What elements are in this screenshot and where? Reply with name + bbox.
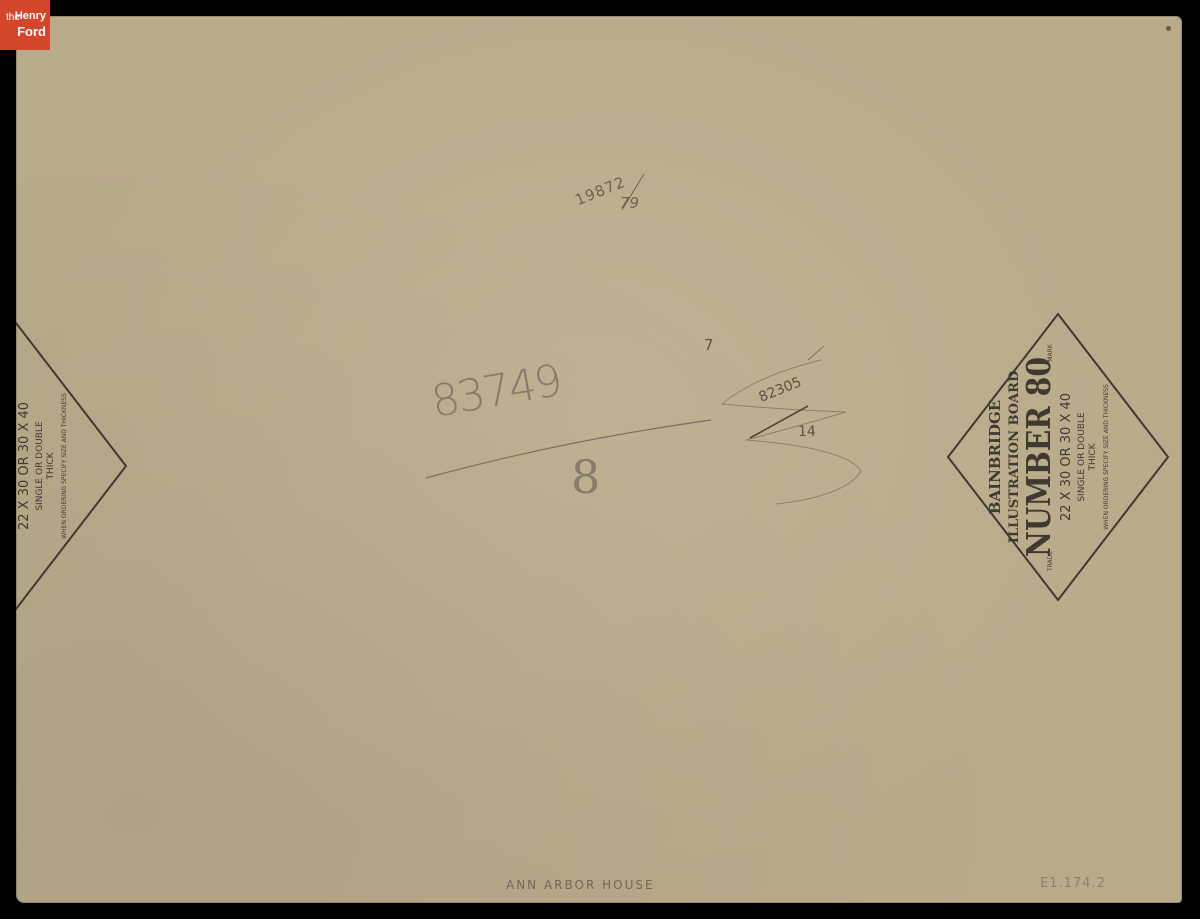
accession-number: E1.174.2 [1040,876,1106,891]
stamp-single-double: SINGLE OR DOUBLE [1077,412,1087,502]
right-denominator: 14 [798,424,816,440]
pencil-note-right: 7 82305 14 [696,336,876,506]
stamp-brand: BAINBRIDGE [986,400,1004,514]
stamp-number: NUMBER 80 [1019,357,1058,557]
left-stamp-note: WHEN ORDERING SPECIFY SIZE AND THICKNESS [61,393,68,539]
pencil-note-center: 83749 8 [411,346,721,526]
logo-henry: Henry [15,10,46,22]
fraction-slash [574,166,654,226]
left-stamp-single-double: SINGLE OR DOUBLE [35,421,45,511]
stamp-thick: THICK [1088,442,1098,471]
scribble [696,336,876,506]
center-underline [411,346,721,526]
left-stamp-thick: THICK [46,451,56,480]
caption: ANN ARBOR HOUSE [506,878,655,892]
logo-ford: Ford [17,24,46,39]
bainbridge-stamp-left: NUMBER 80 22 X 30 OR 30 X 40 SINGLE OR D… [16,321,128,611]
bainbridge-stamp-right: BAINBRIDGE ILLUSTRATION BOARD NUMBER 80 … [946,312,1170,602]
stamp-sizes: 22 X 30 OR 30 X 40 [1059,393,1074,521]
illustration-board-back: 19872 79 83749 8 7 82305 14 BAINBRIDGE I… [16,16,1182,903]
stamp-trade: TRADE [1047,551,1054,572]
pencil-note-top: 19872 79 [574,166,654,226]
henry-ford-logo: the Henry Ford [0,0,50,50]
left-stamp-sizes: 22 X 30 OR 30 X 40 [17,402,32,530]
pin-hole [1166,26,1171,31]
stamp-note: WHEN ORDERING SPECIFY SIZE AND THICKNESS [1103,384,1110,530]
center-denominator: 8 [571,450,600,504]
stamp-mark: MARK [1047,343,1054,361]
